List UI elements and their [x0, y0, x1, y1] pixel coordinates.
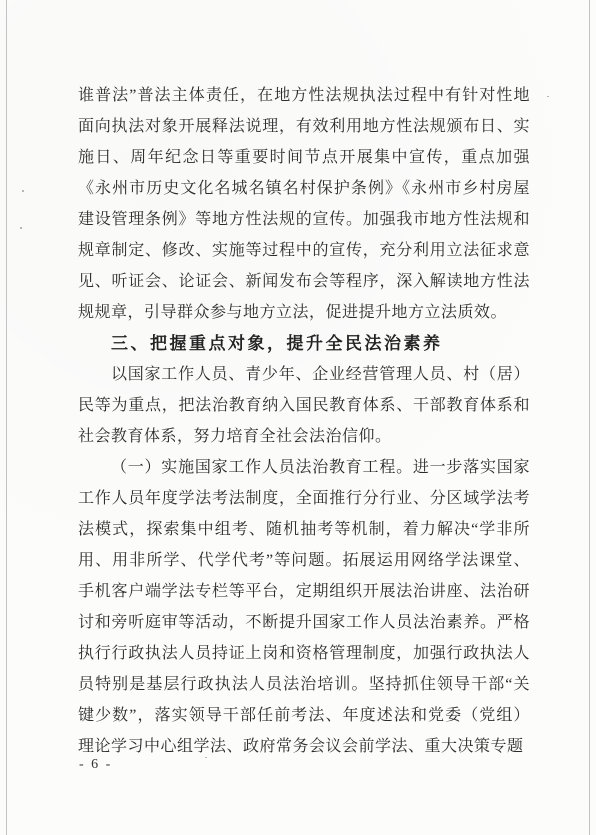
document-page: 谁普法”普法主体责任，在地方性法规执法过程中有针对性地面向执法对象开展释法说理，… — [0, 0, 596, 835]
scan-speck — [22, 190, 24, 192]
paragraph-item-one-body: 进一步落实国家工作人员年度学法考法制度，全面推行分行业、分区域学法考法模式，探索… — [78, 459, 530, 755]
scan-speck — [547, 96, 549, 97]
section-heading: 三、把握重点对象，提升全民法治素养 — [78, 328, 530, 359]
page-number: - 6 - — [79, 757, 112, 773]
scan-speck — [20, 227, 22, 229]
paragraph-continuation: 谁普法”普法主体责任，在地方性法规执法过程中有针对性地面向执法对象开展释法说理，… — [78, 80, 530, 328]
scan-edge-right — [589, 0, 590, 835]
paragraph-item-one: （一）实施国家工作人员法治教育工程。进一步落实国家工作人员年度学法考法制度，全面… — [78, 452, 530, 762]
document-content: 谁普法”普法主体责任，在地方性法规执法过程中有针对性地面向执法对象开展释法说理，… — [78, 80, 530, 762]
scan-edge-left — [6, 0, 7, 835]
paragraph-key-targets: 以国家工作人员、青少年、企业经营管理人员、村（居）民等为重点，把法治教育纳入国民… — [78, 359, 530, 452]
paragraph-item-one-lead: （一）实施国家工作人员法治教育工程。 — [111, 459, 413, 476]
